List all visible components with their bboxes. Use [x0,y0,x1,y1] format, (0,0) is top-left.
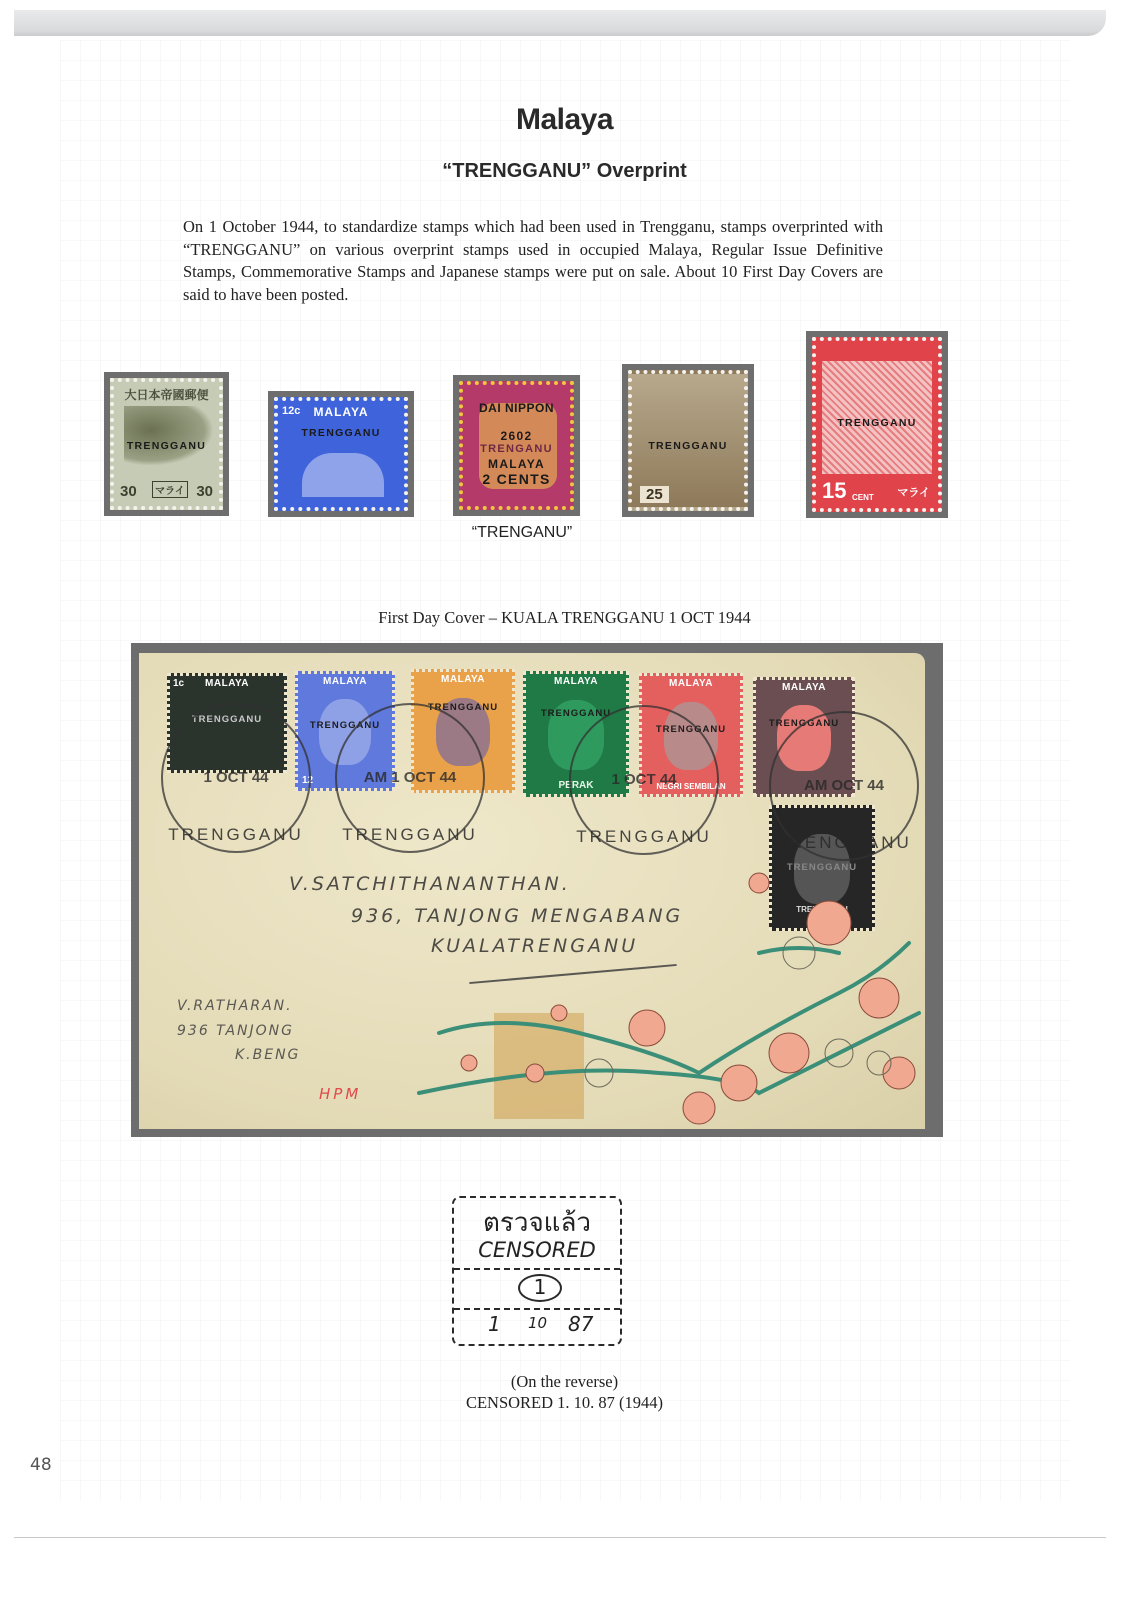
stamp-value-left: 30 [120,483,137,500]
stamp-mount-2: MALAYA 12c TRENGGANU [268,391,414,517]
stamp-value-right: 30 [196,483,213,500]
stamp-malaya-12c: MALAYA 12c TRENGGANU [274,397,408,511]
cover-caption: First Day Cover – KUALA TRENGGANU 1 OCT … [0,608,1129,628]
stamp-center-text: マライ [152,481,188,498]
censor-note-line-2: CENSORED 1. 10. 87 (1944) [0,1393,1129,1413]
stamp-mount-4: TRENGGANU 25 [622,364,754,517]
first-day-cover-mount: MALAYA 1c TRENGGANU MALAYA TRENGGANU 12 … [131,643,943,1137]
stamp-value: 25 [640,486,669,503]
scan-edge-top [14,10,1106,36]
stamp-overprint: TRENGGANU [114,440,219,452]
mosque-art [302,453,384,497]
stamp-overprint: TRENGGANU [816,417,938,429]
censor-thai-text: ตรวจแล้ว [454,1202,620,1243]
intro-paragraph: On 1 October 1944, to standardize stamps… [183,216,883,306]
stamp-value: 15 [822,478,846,504]
stamp-mount-1: 大日本帝國郵便 TRENGGANU 30 マライ 30 [104,372,229,516]
censor-date-day: 1 [488,1312,501,1336]
stamp-mount-5: TRENGGANU 15 CENT マライ [806,331,948,518]
stamp-overprint-line: 2602 [463,429,570,443]
stamp-overprint-line: 2 CENTS [463,471,570,487]
scan-edge-bottom [14,1537,1106,1538]
stamp-unit: CENT [852,493,874,502]
stamp-overprint-line: MALAYA [463,457,570,471]
censor-oval-mark: 1 [518,1274,562,1302]
stamp-overprint-line: DAI NIPPON [463,401,570,415]
censor-date: 1 10 87 [454,1312,620,1342]
first-day-cover: MALAYA 1c TRENGGANU MALAYA TRENGGANU 12 … [139,653,925,1129]
censor-date-month: 10 [528,1314,547,1332]
censor-word: CENSORED [454,1238,620,1262]
cherry-blossom-illustration [139,653,925,1129]
palm-tree-art [124,406,214,466]
stamp-top-text: 大日本帝國郵便 [114,386,219,403]
stamp-dai-nippon-2c: DAI NIPPON 2602 TRENGANU MALAYA 2 CENTS [459,381,574,510]
stamp-overprint: TRENGGANU [632,440,744,452]
stamp-mount-3: DAI NIPPON 2602 TRENGANU MALAYA 2 CENTS [453,375,580,516]
page-number: 48 [30,1455,52,1475]
stamp-japanese-30c: 大日本帝國郵便 TRENGGANU 30 マライ 30 [110,378,223,510]
stamp-overprint-line: TRENGANU [463,443,570,455]
censor-mark: ตรวจแล้ว CENSORED 1 1 10 87 [452,1196,622,1346]
page-subtitle: “TRENGGANU” Overprint [0,160,1129,183]
page-title: Malaya [0,103,1129,137]
stamp-caption: “TRENGANU” [452,524,592,542]
stamp-japanese-25: TRENGGANU 25 [628,370,748,511]
censor-note-line-1: (On the reverse) [0,1372,1129,1392]
stamp-center-text: マライ [897,484,930,500]
stamp-value: 12c [282,405,300,417]
stamp-japanese-15c: TRENGGANU 15 CENT マライ [812,337,942,512]
censor-row: 1 [454,1268,620,1310]
stamp-overprint: TRENGGANU [278,427,404,439]
censor-date-year: 87 [568,1312,593,1336]
